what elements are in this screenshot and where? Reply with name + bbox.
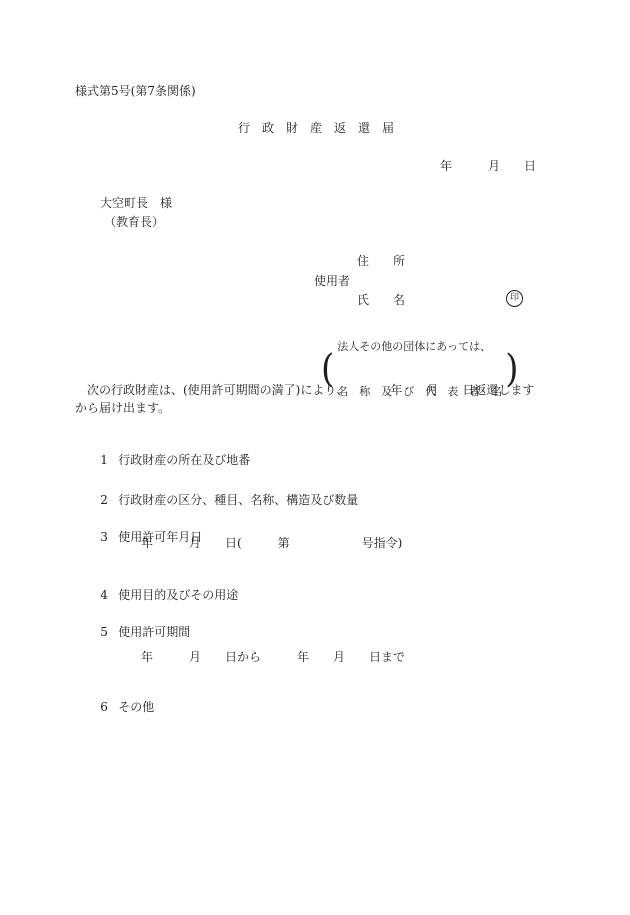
item-6-label: その他 — [118, 700, 154, 714]
item-5-number: 5 — [100, 625, 118, 639]
body-paragraph-line1: 次の行政財産は、(使用許可期間の満了)により、 年 月 日返還します — [75, 383, 534, 397]
applicant-role-label: 使用者 — [314, 274, 350, 288]
item-5-period-line: 年 月 日から 年 月 日まで — [141, 650, 405, 664]
body-paragraph-line2: から届け出ます。 — [75, 401, 170, 415]
item-6-number: 6 — [100, 700, 118, 714]
addressee-educator: （教育長） — [104, 215, 164, 229]
applicant-address-label: 住 所 — [357, 254, 405, 268]
corporate-note-line1: 法人その他の団体にあっては、 — [337, 339, 502, 354]
item-4-number: 4 — [100, 588, 118, 602]
item-2-row: 2行政財産の区分、種目、名称、構造及び数量 — [85, 479, 358, 521]
form-number: 様式第5号(第7条関係) — [75, 84, 196, 98]
corporate-note: ( 法人その他の団体にあっては、 名 称 及 び 代 表 者 名 ) — [321, 309, 519, 429]
addressee: 大空町長 様 — [100, 196, 172, 210]
item-5-label: 使用許可期間 — [118, 625, 190, 639]
item-1-number: 1 — [100, 453, 118, 467]
item-1-label: 行政財産の所在及び地番 — [118, 453, 250, 467]
item-3-permit-date-line: 年 月 日( 第 号指令) — [141, 536, 402, 550]
applicant-name-label: 氏 名 — [357, 293, 405, 307]
seal-character: 印 — [510, 294, 519, 303]
item-4-row: 4使用目的及びその用途 — [85, 574, 238, 616]
document-page: 様式第5号(第7条関係) 行 政 財 産 返 還 届 年 月 日 大空町長 様 … — [0, 0, 630, 915]
document-title: 行 政 財 産 返 還 届 — [238, 121, 394, 135]
date-line: 年 月 日 — [440, 159, 536, 173]
item-2-label: 行政財産の区分、種目、名称、構造及び数量 — [118, 493, 358, 507]
item-3-number: 3 — [100, 530, 118, 544]
item-1-row: 1行政財産の所在及び地番 — [85, 439, 250, 481]
item-5-row: 5使用許可期間 — [85, 611, 190, 653]
corporate-note-text: 法人その他の団体にあっては、 名 称 及 び 代 表 者 名 — [334, 309, 505, 429]
item-4-label: 使用目的及びその用途 — [118, 588, 238, 602]
seal-icon: 印 — [506, 290, 523, 307]
item-6-row: 6その他 — [85, 686, 154, 728]
item-2-number: 2 — [100, 493, 118, 507]
